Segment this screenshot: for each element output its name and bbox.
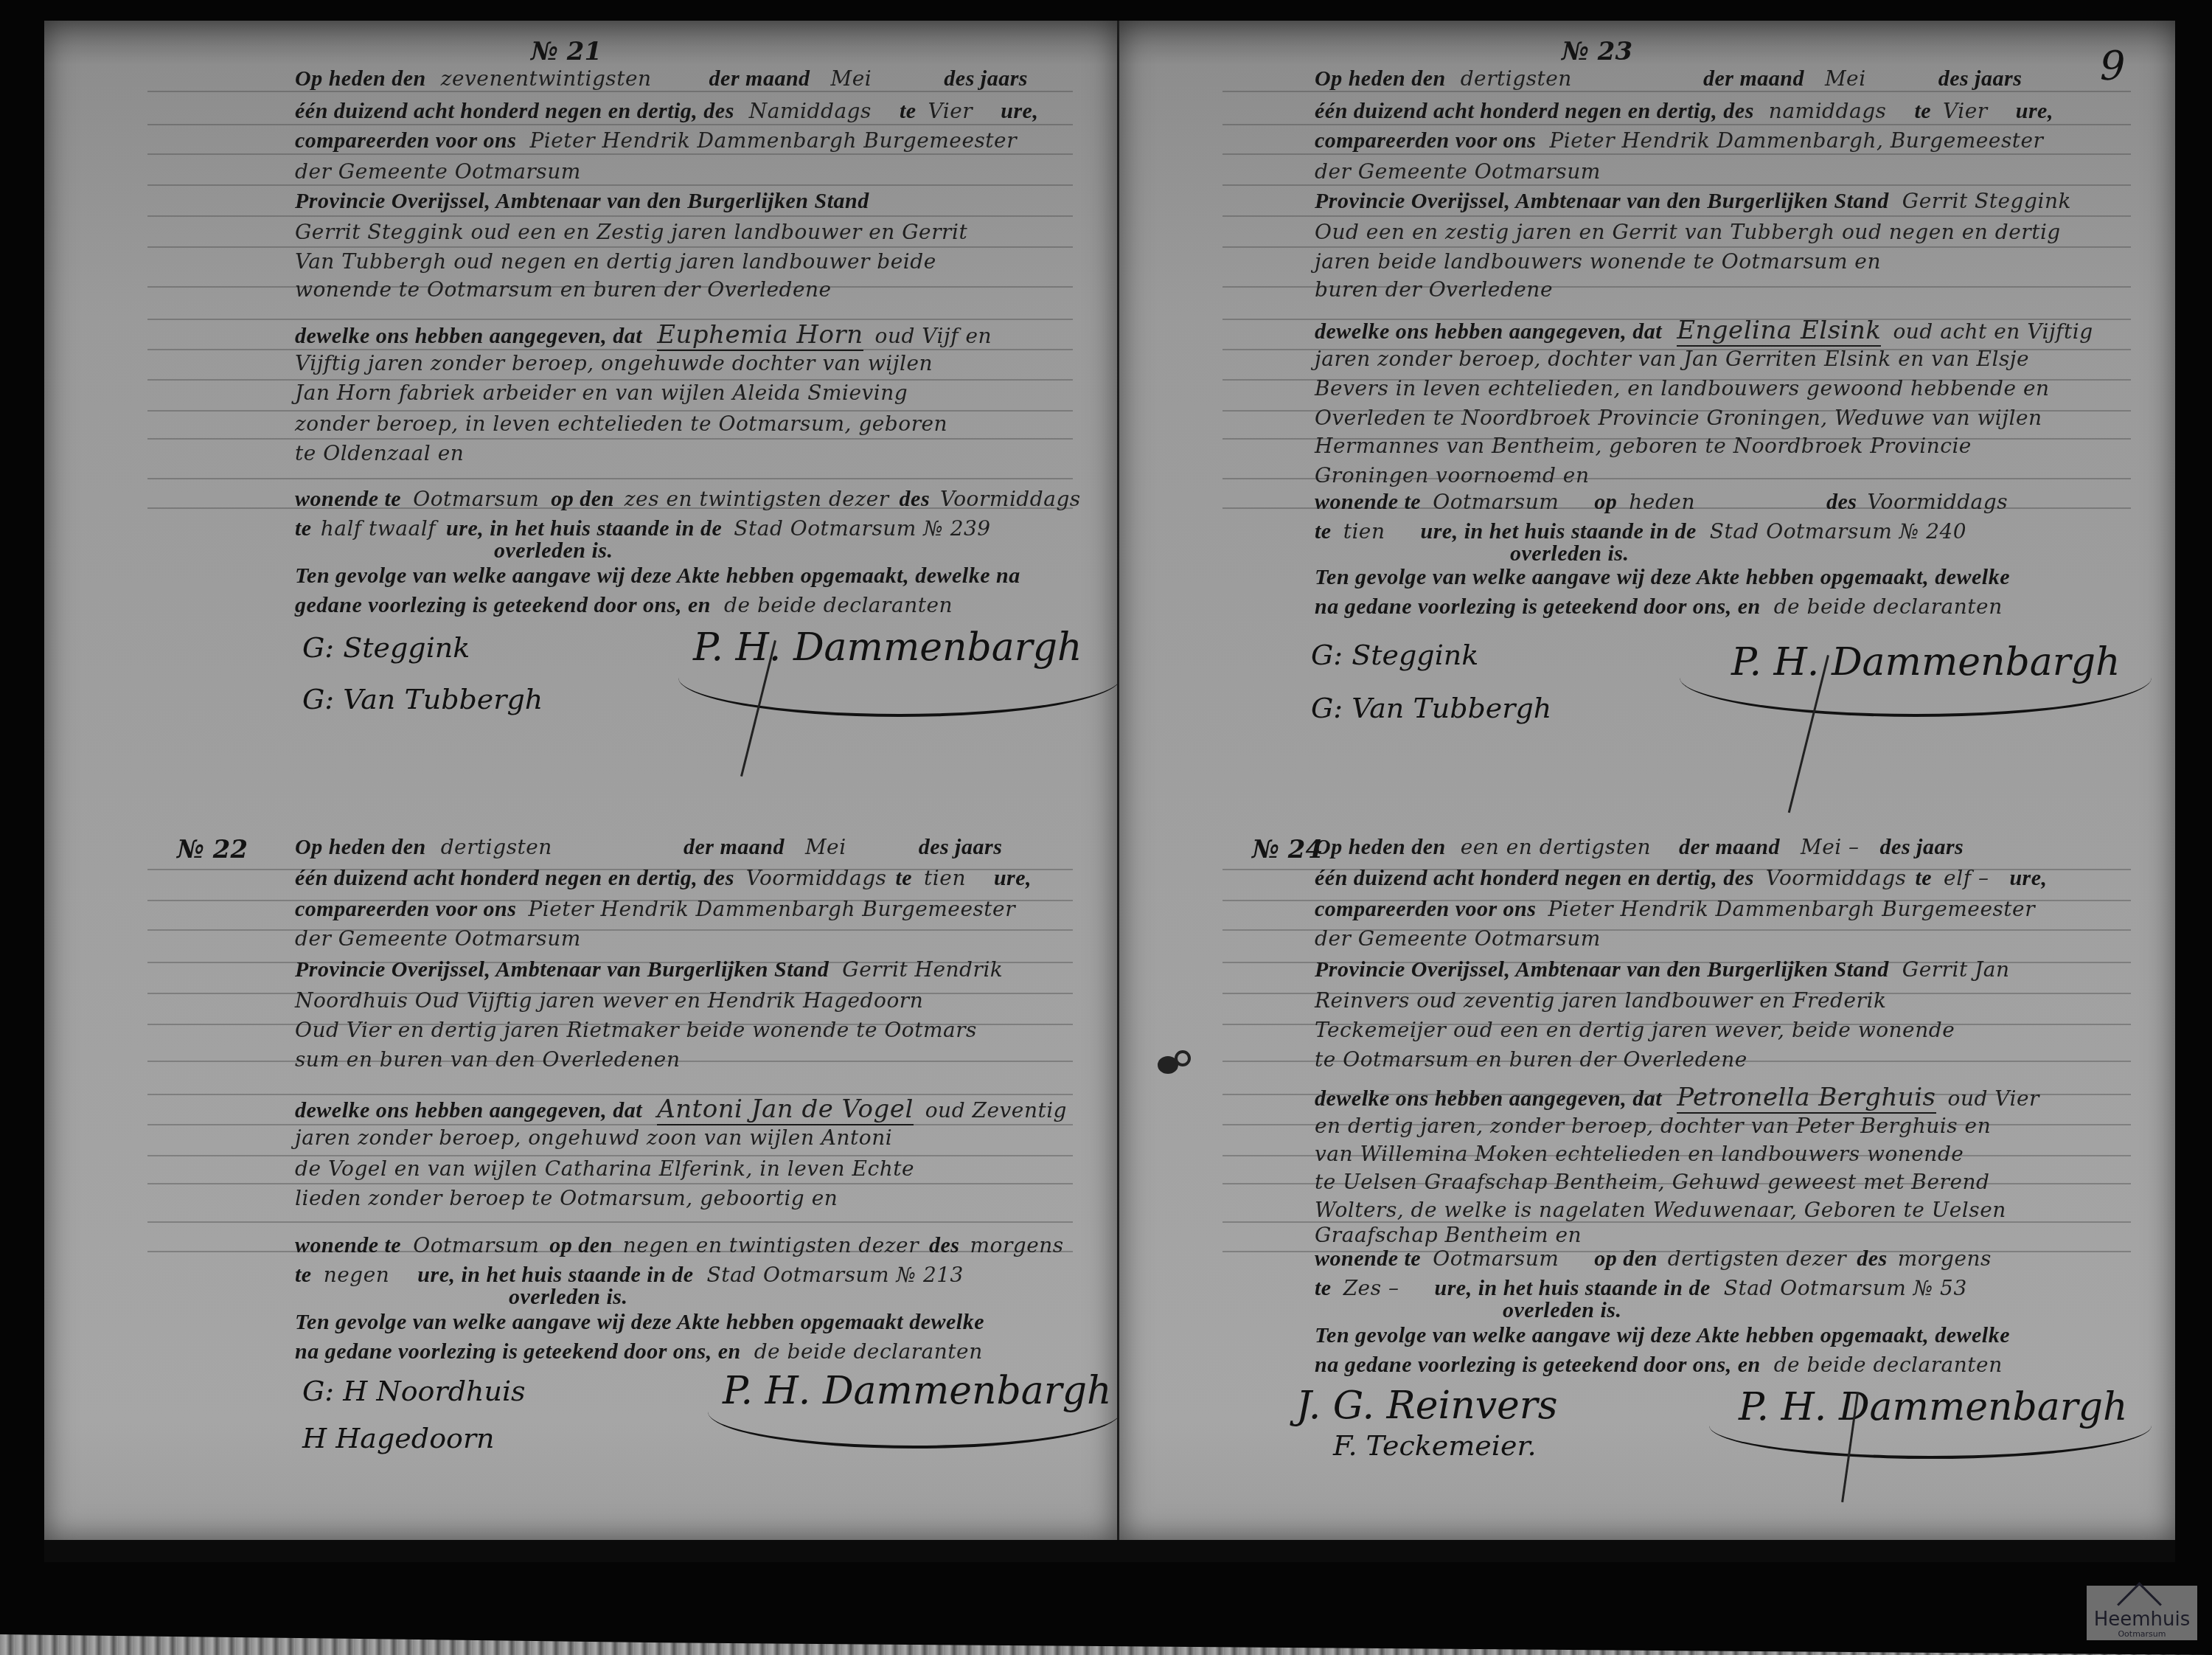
entry-line: Oud een en zestig jaren en Gerrit van Tu… bbox=[1315, 220, 2061, 245]
entry-line: Groningen voornoemd en bbox=[1315, 463, 1589, 488]
entry-line: na gedane voorlezing is geteekend door o… bbox=[1315, 1353, 2003, 1378]
entry-line: Oud Vier en dertig jaren Rietmaker beide… bbox=[295, 1018, 977, 1043]
witness-signature: G: Van Tubbergh bbox=[302, 683, 543, 715]
entry-line: Provincie Overijssel, Ambtenaar van den … bbox=[295, 189, 869, 214]
entry-line: jaren zonder beroep, ongehuwd zoon van w… bbox=[295, 1125, 892, 1151]
entry-line: Ten gevolge van welke aangave wij deze A… bbox=[1315, 1323, 2010, 1348]
entry-line: Overleden te Noordbroek Provincie Gronin… bbox=[1315, 406, 2042, 431]
entry-line: Op heden den dertigsten der maand Mei de… bbox=[1315, 66, 2022, 91]
entry-line: en dertig jaren, zonder beroep, dochter … bbox=[1315, 1114, 1991, 1139]
right-page: 9 № 23 Op heden den dertigsten der maand… bbox=[1119, 21, 2175, 1540]
entry-line: Jan Horn fabriek arbeider en van wijlen … bbox=[295, 381, 908, 406]
entry-line: dewelke ons hebben aangegeven, dat Anton… bbox=[295, 1094, 1067, 1124]
witness-signature: J. G. Reinvers bbox=[1296, 1384, 1557, 1428]
page-number: 9 bbox=[2100, 43, 2125, 89]
entry-line: dewelke ons hebben aangegeven, dat Engel… bbox=[1315, 316, 2093, 345]
signature-flourish bbox=[1680, 670, 2152, 717]
open-register-book: № 21 Op heden den zevenentwintigsten der… bbox=[44, 21, 2175, 1562]
entry-line: te Uelsen Graafschap Bentheim, Gehuwd ge… bbox=[1315, 1170, 1989, 1195]
entry-line: Gerrit Steggink oud een en Zestig jaren … bbox=[295, 220, 967, 245]
entry-line: na gedane voorlezing is geteekend door o… bbox=[1315, 594, 2003, 620]
entry-line: der Gemeente Ootmarsum bbox=[1315, 159, 1601, 184]
left-page: № 21 Op heden den zevenentwintigsten der… bbox=[44, 21, 1119, 1540]
entry-line: Provincie Overijssel, Ambtenaar van den … bbox=[1315, 957, 2010, 982]
entry-number: № 21 bbox=[531, 37, 602, 66]
entry-line: één duizend acht honderd negen en dertig… bbox=[1315, 866, 2048, 891]
entry-line: overleden is. bbox=[1510, 541, 1629, 566]
witness-signature: G: Steggink bbox=[1311, 639, 1478, 671]
signature-flourish bbox=[708, 1404, 1121, 1448]
entry-line: compareerden voor ons Pieter Hendrik Dam… bbox=[1315, 897, 2035, 922]
entry-line: één duizend acht honderd negen en dertig… bbox=[295, 866, 1032, 891]
deceased-name: Engelina Elsink bbox=[1677, 316, 1881, 347]
deceased-name: Petronella Berghuis bbox=[1677, 1083, 1935, 1114]
entry-line: Bevers in leven echtelieden, en landbouw… bbox=[1315, 376, 2050, 401]
entry-line: compareerden voor ons Pieter Hendrik Dam… bbox=[295, 128, 1017, 153]
entry-line: Vijftig jaren zonder beroep, ongehuwde d… bbox=[295, 351, 933, 376]
entry-line: na gedane voorlezing is geteekend door o… bbox=[295, 1339, 983, 1364]
entry-line: Op heden den een en dertigsten der maand… bbox=[1315, 835, 1964, 860]
entry-line: dewelke ons hebben aangegeven, dat Euphe… bbox=[295, 320, 992, 350]
entry-line: der Gemeente Ootmarsum bbox=[295, 159, 581, 184]
entry-line: Van Tubbergh oud negen en dertig jaren l… bbox=[295, 249, 936, 274]
entry-line: gedane voorlezing is geteekend door ons,… bbox=[295, 593, 953, 618]
entry-line: Provincie Overijssel, Ambtenaar van Burg… bbox=[295, 957, 1003, 982]
entry-line: compareerden voor ons Pieter Hendrik Dam… bbox=[1315, 128, 2043, 153]
signature-flourish bbox=[1709, 1419, 2152, 1459]
heemhuis-watermark: Heemhuis Ootmarsum bbox=[2087, 1586, 2197, 1640]
entry-line: Reinvers oud zeventig jaren landbouwer e… bbox=[1315, 988, 1886, 1013]
entry-line: te negen ure, in het huis staande in de … bbox=[295, 1263, 964, 1288]
entry-line: te Ootmarsum en buren der Overledene bbox=[1315, 1047, 1747, 1072]
watermark-subtitle: Ootmarsum bbox=[2118, 1629, 2166, 1639]
entry-line: te Zes – ure, in het huis staande in de … bbox=[1315, 1276, 1967, 1301]
entry-line: Ten gevolge van welke aangave wij deze A… bbox=[295, 1310, 984, 1335]
entry-line: Ten gevolge van welke aangave wij deze A… bbox=[295, 563, 1020, 589]
entry-line: de Vogel en van wijlen Catharina Elferin… bbox=[295, 1156, 914, 1182]
entry-line: Op heden den zevenentwintigsten der maan… bbox=[295, 66, 1028, 91]
entry-line: overleden is. bbox=[1503, 1298, 1621, 1323]
entry-line: van Willemina Moken echtelieden en landb… bbox=[1315, 1142, 1964, 1167]
entry-line: wonende te Ootmarsum op heden des Voormi… bbox=[1315, 490, 2008, 515]
witness-signature: G: Steggink bbox=[302, 631, 470, 664]
entry-line: dewelke ons hebben aangegeven, dat Petro… bbox=[1315, 1083, 2039, 1112]
entry-line: overleden is. bbox=[494, 538, 613, 563]
entry-line: jaren beide landbouwers wonende te Ootma… bbox=[1315, 249, 1881, 274]
deceased-name: Antoni Jan de Vogel bbox=[657, 1094, 914, 1125]
entry-line: te half twaalf ure, in het huis staande … bbox=[295, 516, 991, 541]
deceased-name: Euphemia Horn bbox=[657, 320, 863, 351]
signature-flourish bbox=[678, 670, 1121, 717]
witness-signature: H Hagedoorn bbox=[302, 1422, 495, 1454]
witness-signature: G: H Noordhuis bbox=[302, 1375, 526, 1407]
entry-line: Noordhuis Oud Vijftig jaren wever en Hen… bbox=[295, 988, 923, 1013]
entry-line: overleden is. bbox=[509, 1285, 627, 1310]
entry-line: compareerden voor ons Pieter Hendrik Dam… bbox=[295, 897, 1015, 922]
entry-line: wonende te Ootmarsum op den zes en twint… bbox=[295, 487, 1081, 512]
entry-line: één duizend acht honderd negen en dertig… bbox=[1315, 99, 2053, 124]
entry-line: lieden zonder beroep te Ootmarsum, geboo… bbox=[295, 1186, 838, 1211]
entry-line: Op heden den dertigsten der maand Mei de… bbox=[295, 835, 1002, 860]
entry-line: één duizend acht honderd negen en dertig… bbox=[295, 99, 1038, 124]
official-signature: P. H. Dammenbargh bbox=[693, 625, 1082, 670]
entry-line: Teckemeijer oud een en dertig jaren weve… bbox=[1315, 1018, 1955, 1043]
entry-number: № 22 bbox=[177, 835, 248, 864]
entry-line: wonende te Ootmarsum op den dertigsten d… bbox=[1315, 1246, 1992, 1271]
entry-line: der Gemeente Ootmarsum bbox=[1315, 926, 1601, 951]
entry-line: buren der Overledene bbox=[1315, 277, 1553, 302]
witness-signature: G: Van Tubbergh bbox=[1311, 692, 1551, 724]
entry-number: № 23 bbox=[1562, 37, 1632, 66]
entry-line: te Oldenzaal en bbox=[295, 441, 464, 466]
entry-line: Hermannes van Bentheim, geboren te Noord… bbox=[1315, 434, 1972, 459]
witness-signature: F. Teckemeier. bbox=[1333, 1429, 1537, 1462]
entry-line: Ten gevolge van welke aangave wij deze A… bbox=[1315, 565, 2010, 590]
entry-line: wonende te Ootmarsum op den negen en twi… bbox=[295, 1233, 1064, 1258]
entry-line: Wolters, de welke is nagelaten Weduwenaa… bbox=[1315, 1198, 2006, 1223]
entry-line: der Gemeente Ootmarsum bbox=[295, 926, 581, 951]
scanner-edge-artifact bbox=[0, 1634, 2212, 1655]
entry-line: Graafschap Bentheim en bbox=[1315, 1223, 1582, 1248]
entry-line: jaren zonder beroep, dochter van Jan Ger… bbox=[1315, 347, 2029, 372]
binding-loop bbox=[1175, 1050, 1191, 1066]
entry-line: wonende te Ootmarsum en buren der Overle… bbox=[295, 277, 832, 302]
entry-line: te tien ure, in het huis staande in de S… bbox=[1315, 519, 1966, 544]
entry-number: № 24 bbox=[1252, 835, 1323, 864]
entry-line: sum en buren van den Overledenen bbox=[295, 1047, 680, 1072]
entry-line: zonder beroep, in leven echtelieden te O… bbox=[295, 412, 947, 437]
entry-line: Provincie Overijssel, Ambtenaar van den … bbox=[1315, 189, 2071, 214]
